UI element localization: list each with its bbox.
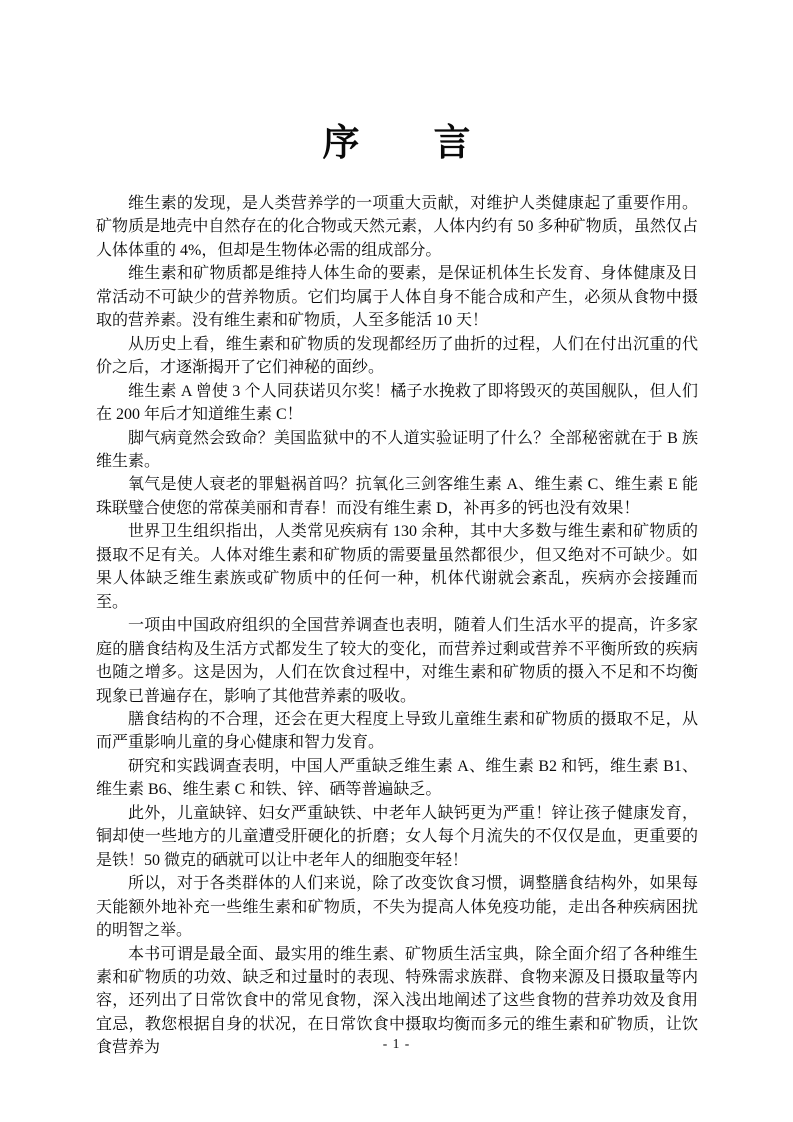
document-page: 序 言 维生素的发现，是人类营养学的一项重大贡献，对维护人类健康起了重要作用。矿… [0, 0, 793, 1122]
preface-paragraph: 维生素的发现，是人类营养学的一项重大贡献，对维护人类健康起了重要作用。矿物质是地… [96, 192, 698, 262]
preface-paragraph: 所以，对于各类群体的人们来说，除了改变饮食习惯，调整膳食结构外，如果每天能额外地… [96, 872, 698, 942]
preface-paragraph: 一项由中国政府组织的全国营养调查也表明，随着人们生活水平的提高，许多家庭的膳食结… [96, 614, 698, 708]
preface-paragraph: 维生素和矿物质都是维持人体生命的要素，是保证机体生长发育、身体健康及日常活动不可… [96, 262, 698, 332]
preface-paragraph: 世界卫生组织指出，人类常见疾病有 130 余种，其中大多数与维生素和矿物质的摄取… [96, 520, 698, 614]
preface-paragraph: 从历史上看，维生素和矿物质的发现都经历了曲折的过程，人们在付出沉重的代价之后，才… [96, 333, 698, 380]
page-title: 序 言 [0, 122, 793, 166]
preface-paragraph: 研究和实践调查表明，中国人严重缺乏维生素 A、维生素 B2 和钙，维生素 B1、… [96, 755, 698, 802]
page-number: - 1 - [0, 1036, 793, 1052]
preface-paragraph: 氧气是使人衰老的罪魁祸首吗？抗氧化三剑客维生素 A、维生素 C、维生素 E 能珠… [96, 473, 698, 520]
preface-paragraph: 此外，儿童缺锌、妇女严重缺铁、中老年人缺钙更为严重！锌让孩子健康发育，铜却使一些… [96, 802, 698, 872]
preface-paragraph: 维生素 A 曾使 3 个人同获诺贝尔奖！橘子水挽救了即将毁灭的英国舰队，但人们在… [96, 380, 698, 427]
preface-paragraph: 脚气病竟然会致命？美国监狱中的不人道实验证明了什么？全部秘密就在于 B 族维生素… [96, 427, 698, 474]
preface-body: 维生素的发现，是人类营养学的一项重大贡献，对维护人类健康起了重要作用。矿物质是地… [96, 192, 698, 1060]
preface-paragraph: 膳食结构的不合理，还会在更大程度上导致儿童维生素和矿物质的摄取不足，从而严重影响… [96, 708, 698, 755]
